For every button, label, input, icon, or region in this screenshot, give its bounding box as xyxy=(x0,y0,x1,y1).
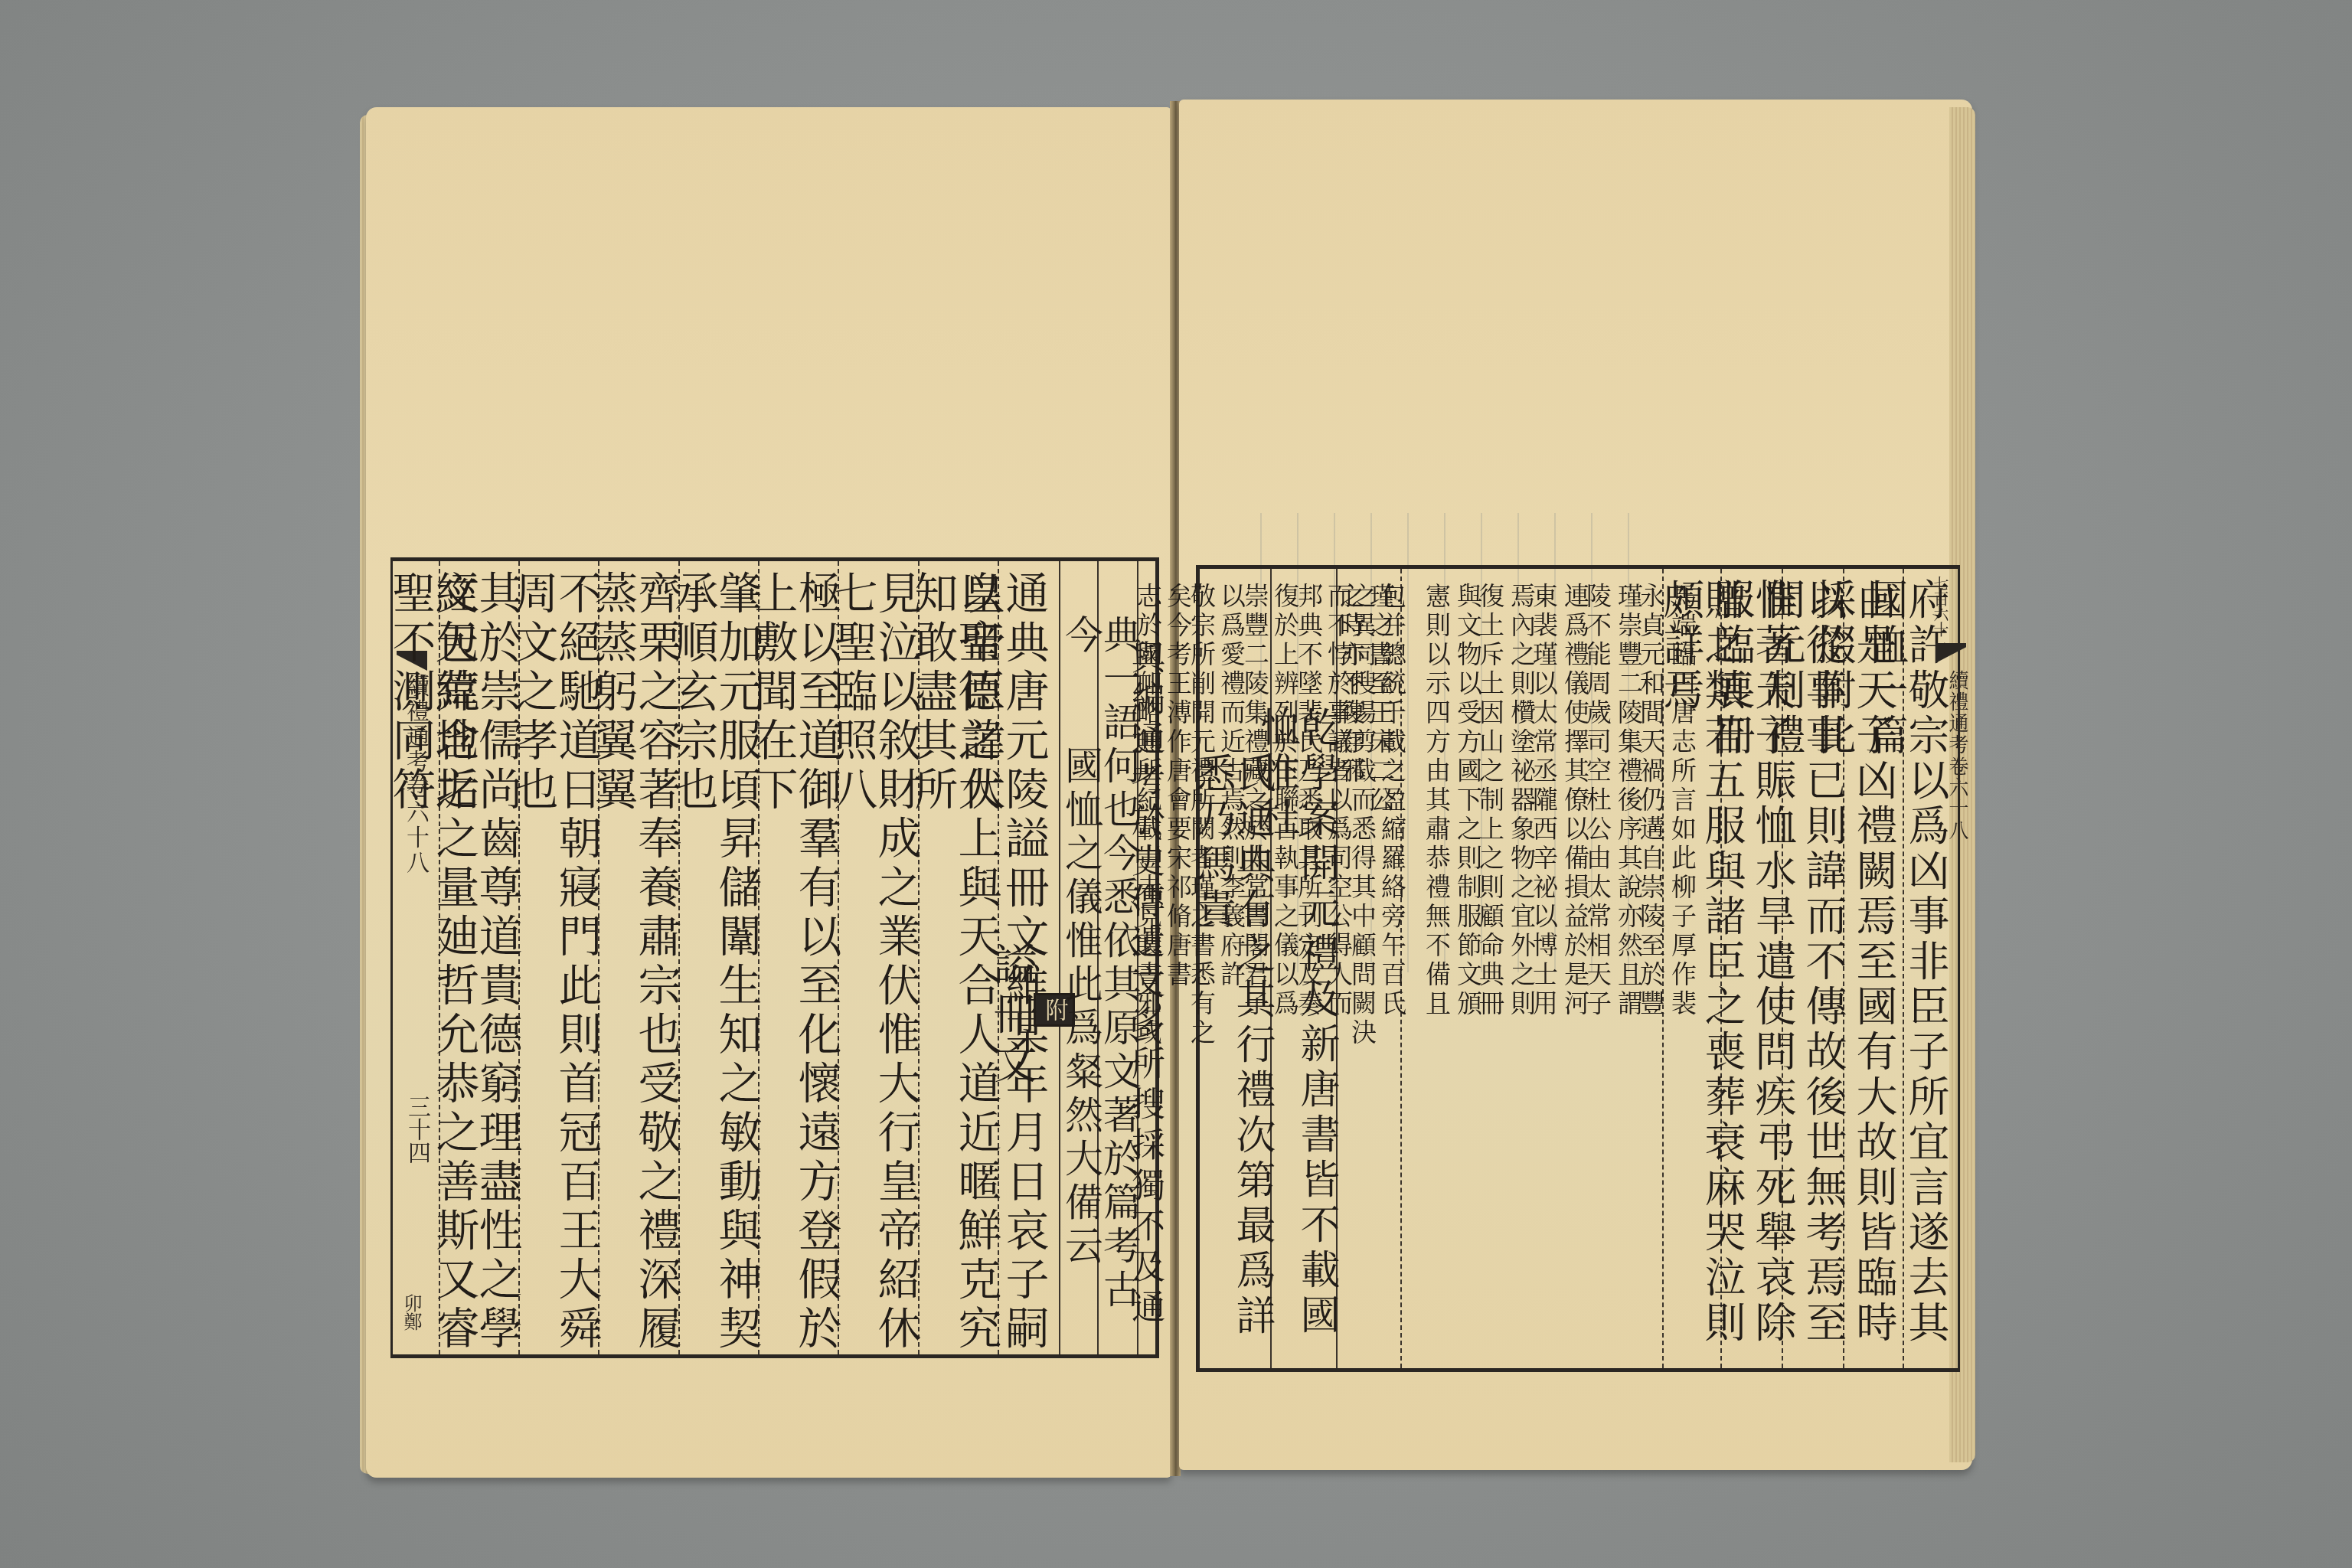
right-col-3: 以從事事已則諱而不傳故後世無考焉至開元制禮 xyxy=(1793,569,1844,1361)
right-page-label: 七百六十 xyxy=(1929,576,1952,637)
heading-title: 謚冊文 xyxy=(990,942,1034,1089)
left-heading-col: 附 謚冊文 xyxy=(998,561,1067,1354)
right-col-1: 府許敬宗以爲凶事非臣子所宜言遂去其國恤一篇 xyxy=(1894,569,1946,1361)
right-margin-title: 續禮通考卷六十八 xyxy=(1943,670,1971,841)
annotation-col-9: 以爲愛禮而近古焉然則李義府許敬宗所削開元禮所闕者瑾之書悉有之 xyxy=(1190,569,1243,1361)
left-col-9: 極以至道御羣有以至化懷遠方登假於上敷聞在下 xyxy=(758,561,838,1354)
right-col-2: 由是天子凶禮闕焉至國有大故則皆臨時採掇附比 xyxy=(1844,569,1894,1361)
annotation-col-5: 與文物以受方國下之則制服節文頒憲則以示四方由其肅恭禮無不備且 xyxy=(1426,569,1479,1361)
right-col-5: 贈之類若五服與諸臣之喪葬衰麻哭泣則頗詳焉 xyxy=(1694,569,1743,1361)
right-main-columns: 府許敬宗以爲凶事非臣子所宜言遂去其國恤一篇 由是天子凶禮闕焉至國有大故則皆臨時採… xyxy=(1694,569,1946,1361)
left-text-frame: 文包荒含垢之量廸哲允恭之善斯又睿聖不測同符 其於崇儒尚齒尊道貴德窮理盡性之學經天… xyxy=(390,557,1159,1358)
annotation-col-2: 瑾崇豐二陵集禮後序其說亦然且謂陵不能周歲司空杜公由太常相天子 xyxy=(1586,569,1640,1361)
right-annotation-grid: 馬端臨曰唐志所言如此柳子厚作裴永貞元和間天禍仍遘自崇陵至於豐 瑾崇豐二陵集禮後序… xyxy=(1426,569,1694,1361)
annotation-col-3: 連爲禮儀使擇其僚以備損益於是河東裴瑾以太常丞隴西辛祕以博士用 xyxy=(1533,569,1586,1361)
left-col-13: 其於崇儒尚齒尊道貴德窮理盡性之學經天緯地之 xyxy=(439,561,518,1354)
annotation-col-4: 焉內之則欑塗祕器象物之宜外之則復土斥土因山之制上之則顧命典冊 xyxy=(1479,569,1533,1361)
annotation-col-11: 瑾之書至王宋二公之時亦不復存邪 xyxy=(1335,569,1396,1361)
right-col-4: 惟著天子賑恤水旱遣使問疾弔死舉哀除服臨喪冊 xyxy=(1743,569,1793,1361)
left-col-11: 齊栗之容著奉養肅宗也受敬之禮深履蒸蒸躬翼翼 xyxy=(598,561,678,1354)
left-col-12: 不絕馳道日朝寢門此則首冠百王大舜周文之孝也 xyxy=(518,561,598,1354)
left-col-8: 見泣以敘財成之業伏惟大行皇帝紹休七聖臨照八 xyxy=(838,561,917,1354)
left-col-10: 肇加元服頃昇儲闈生知之敏動與神契承順玄宗也 xyxy=(678,561,758,1354)
annotation-col-8: 復於上辨列於下聯百執事之儀以爲崇豐二陵集禮藏之於太常書閣君子 xyxy=(1243,569,1297,1361)
annotation-col-10: 矣今考王溥作唐會要宋祁脩唐書志於國卹略無所紀載豈未見裴書邪或 xyxy=(1136,569,1190,1361)
